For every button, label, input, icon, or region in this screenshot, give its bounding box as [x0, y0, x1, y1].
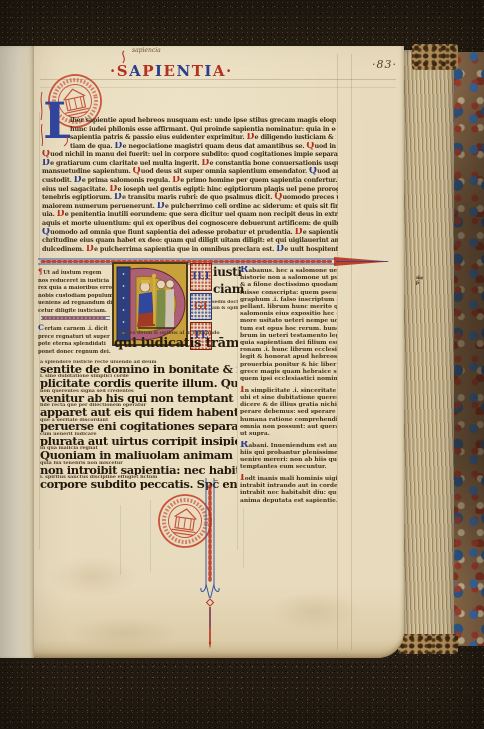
text-line: salomonis eius expositio hec est a: [240, 310, 337, 317]
interlinear-gloss: sedm docti: [212, 300, 238, 305]
marginal-gloss-column: ¶Ut ad iustum regemnos reduceret in iust…: [38, 268, 112, 316]
text-line: dulcedinem. De pulcherrima sapientia que…: [42, 245, 338, 254]
text-line: humana ratione comprehendi dei: [240, 416, 337, 423]
text-line: anima deputata est sapientie.: [240, 497, 337, 504]
text-line: tum est opus hoc rerum. hunc li: [240, 325, 337, 332]
book-fore-edge: [398, 50, 454, 646]
text-line: eius uel sagacitate. De ioseph uel genti…: [42, 185, 338, 194]
text-line: De gratiarum cum claritate uel multa ing…: [42, 159, 338, 168]
title-letter: S: [117, 62, 129, 80]
text-line: brum in ueteri testamento legimus: [240, 332, 337, 339]
text-line: intrabit nec habitabit diu: quia: [240, 489, 337, 496]
commentary-section: In simplicitate .i. sinceritate illiusub…: [240, 386, 337, 437]
text-line: ponet donec regnum dei.: [38, 349, 112, 357]
page-gutter: [0, 46, 34, 658]
title-letter: ·: [110, 62, 117, 80]
marbled-edge-top: [412, 44, 458, 70]
text-line: chritudine eius quam habet ex deo: quam …: [42, 236, 338, 245]
text-line: Quomodo ad omnia que fiunt sapientia dei…: [42, 228, 338, 237]
text-line: more usitato ueteri nempe uoca: [240, 317, 337, 324]
text-line: historie non a salomone ut putent: [240, 274, 337, 281]
text-line: legit & honorat apud hebreos post: [240, 353, 337, 360]
text-line: fuisse conscripta: quem pseudo-epi: [240, 289, 337, 296]
title-letter: P: [142, 62, 155, 80]
bleed-through-line: [243, 508, 244, 568]
bleed-through-line: [120, 505, 121, 575]
incipit-letter-panel: GI: [190, 293, 212, 321]
text-line: aquis et morte uiuentium: qui ex operibu…: [42, 219, 338, 228]
text-line: quem ipsi ecclesiastici nominant.: [240, 375, 337, 382]
quire-mark-line: p̄: [416, 281, 423, 286]
text-line: custodit. De prima salomonis regula. De …: [42, 176, 338, 185]
svg-text:L: L: [43, 91, 70, 150]
bible-text-line: Quoniam in maliuolam animam: [40, 451, 237, 461]
bible-text-line: plicitate cordis querite illum. Quoniam …: [40, 379, 237, 389]
marbled-edge-bottom: [398, 634, 458, 654]
text-line: ronam .i. hunc librum ecclesia: [240, 346, 337, 353]
parchment-stain: [48, 556, 138, 598]
text-line: nobis custodiam populum: [38, 293, 112, 301]
running-title: ·SAPIENTIA·: [110, 61, 233, 80]
title-letter: I: [155, 62, 164, 80]
title-letter: N: [176, 62, 191, 80]
text-line: ueniens ad regnandum di: [38, 300, 112, 308]
prologue-text-block: iber sapientie apud hebreos nusquam est:…: [70, 116, 336, 151]
top-annotation: sapiencia: [132, 47, 161, 54]
manuscript-photo: sapiencia ·SAPIENTIA· ·83· L iber sapien…: [0, 0, 484, 729]
ruling-line: [351, 54, 352, 650]
text-line: temptantes eum secuntur.: [240, 463, 337, 470]
title-letter: T: [192, 62, 205, 80]
marginal-gloss-column: Certam carnem .i. dicitprece regnaturi u…: [38, 324, 112, 356]
text-line: pellant. librum hunc merito quia: [240, 303, 337, 310]
bible-text-line: sentite de domino in bonitate & in sim: [40, 365, 237, 375]
incipit-word: iusti: [213, 265, 242, 279]
text-line: ut supra.: [240, 430, 337, 437]
bible-text-block: a splendore iusticie recte uiuendo ad de…: [40, 360, 237, 490]
incipit-line: qui iudicatis trām.: [114, 336, 238, 351]
text-line: intrabit intrando aut in corde non: [240, 482, 337, 489]
incipit-letter-panel: ILI: [190, 263, 212, 291]
folio-number: ·83·: [372, 58, 397, 71]
bleed-through-line: [150, 500, 151, 572]
bible-text-line: plurata aut uirtus corripit insipientes.: [40, 437, 237, 447]
text-line: In simplicitate .i. sinceritate illius: [240, 386, 337, 394]
text-line: Iodt inanis mali hominis uigilia illa: [240, 474, 337, 482]
text-line: ubi et sine dubitatione querendum: [240, 394, 337, 401]
commentary-section: Rabani. Inueniendum est autem abhiis qui…: [240, 441, 337, 471]
bible-text-line: non introibit sapientia: nec habitabit i…: [40, 466, 237, 476]
title-letter: A: [213, 62, 226, 80]
text-line: graphum .i. falso inscriptum ap: [240, 296, 337, 303]
title-letter: A: [129, 62, 142, 80]
text-line: Quod nichil in manu dei fuerit: uel in c…: [42, 150, 338, 159]
text-line: pote eterna splendidati: [38, 341, 112, 349]
parchment-stain: [70, 616, 180, 650]
text-line: omnia non possunt: aut queratur: [240, 423, 337, 430]
prologue-text-block: Quod nichil in manu dei fuerit: uel in c…: [42, 150, 338, 254]
text-line: ¶Ut ad iustum regem: [38, 268, 112, 278]
text-line: Certam carnem .i. dicit: [38, 324, 112, 334]
title-letter: ·: [226, 62, 233, 80]
text-line: perare debemus: sed sperare quia: [240, 408, 337, 415]
text-line: Rabani. Inueniendum est autem ab: [240, 441, 337, 449]
prologue-initial: L: [40, 86, 70, 150]
bible-text-line: peruerse eni cogitationes separant a deo…: [40, 422, 237, 432]
text-line: Rabanus. hec a salomone ue primis: [240, 266, 337, 274]
commentary-section: Rabanus. hec a salomone ue primishistori…: [240, 266, 337, 382]
text-line: hiis qui probantur plenissime in: [240, 449, 337, 456]
ruling-line: [337, 54, 338, 650]
pen-flourish-divider: [40, 314, 112, 322]
parchment-stain: [270, 591, 360, 631]
pen-flourish-vertical: [200, 478, 220, 650]
text-line: uenire mereri: non ab hiis qui: [240, 456, 337, 463]
text-line: rex quia a maioribus erro: [38, 285, 112, 293]
text-line: prouerbia ponitur & hic liber: [240, 361, 337, 368]
text-line: sapientia patris & passio eius euidenter…: [70, 133, 336, 142]
quire-mark: m̄rp̄: [416, 276, 424, 286]
title-letter: E: [164, 62, 177, 80]
text-line: uia. De penitentia inutili eorundem: que…: [42, 210, 338, 219]
text-line: tenebris egiptiorum. De transitu maris r…: [42, 193, 338, 202]
text-line: dicere & de illius gratia nichil des: [240, 401, 337, 408]
title-letter: I: [204, 62, 213, 80]
text-line: grece magis quam hebraice sonat: [240, 368, 337, 375]
text-line: hunc iudei philonis esse affirmant. Qui …: [70, 125, 336, 134]
text-line: & a filone doctissimo quodam iudeo: [240, 281, 337, 288]
bible-text-line: venitur ab his qui non temptant illum:: [40, 394, 237, 404]
text-line: iber sapientie apud hebreos nusquam est:…: [70, 116, 336, 125]
interlinear-gloss: am & opibus: [212, 306, 238, 311]
text-line: nos reduceret in iusticia: [38, 278, 112, 286]
commentary-column: Rabanus. hec a salomone ue primishistori…: [240, 266, 337, 507]
text-line: maiorem numerum peruenerunt. De pulcherr…: [42, 202, 338, 211]
text-line: prece regnaturi ut super: [38, 334, 112, 342]
bible-text-line: apparet aut eis qui fidem habent in illū…: [40, 408, 237, 418]
commentary-section: Iodt inanis mali hominis uigilia illaint…: [240, 474, 337, 504]
text-line: quia sapientiam dei filium esse co: [240, 339, 337, 346]
text-line: mansuetudine sapientum. Quod deus sit su…: [42, 167, 338, 176]
